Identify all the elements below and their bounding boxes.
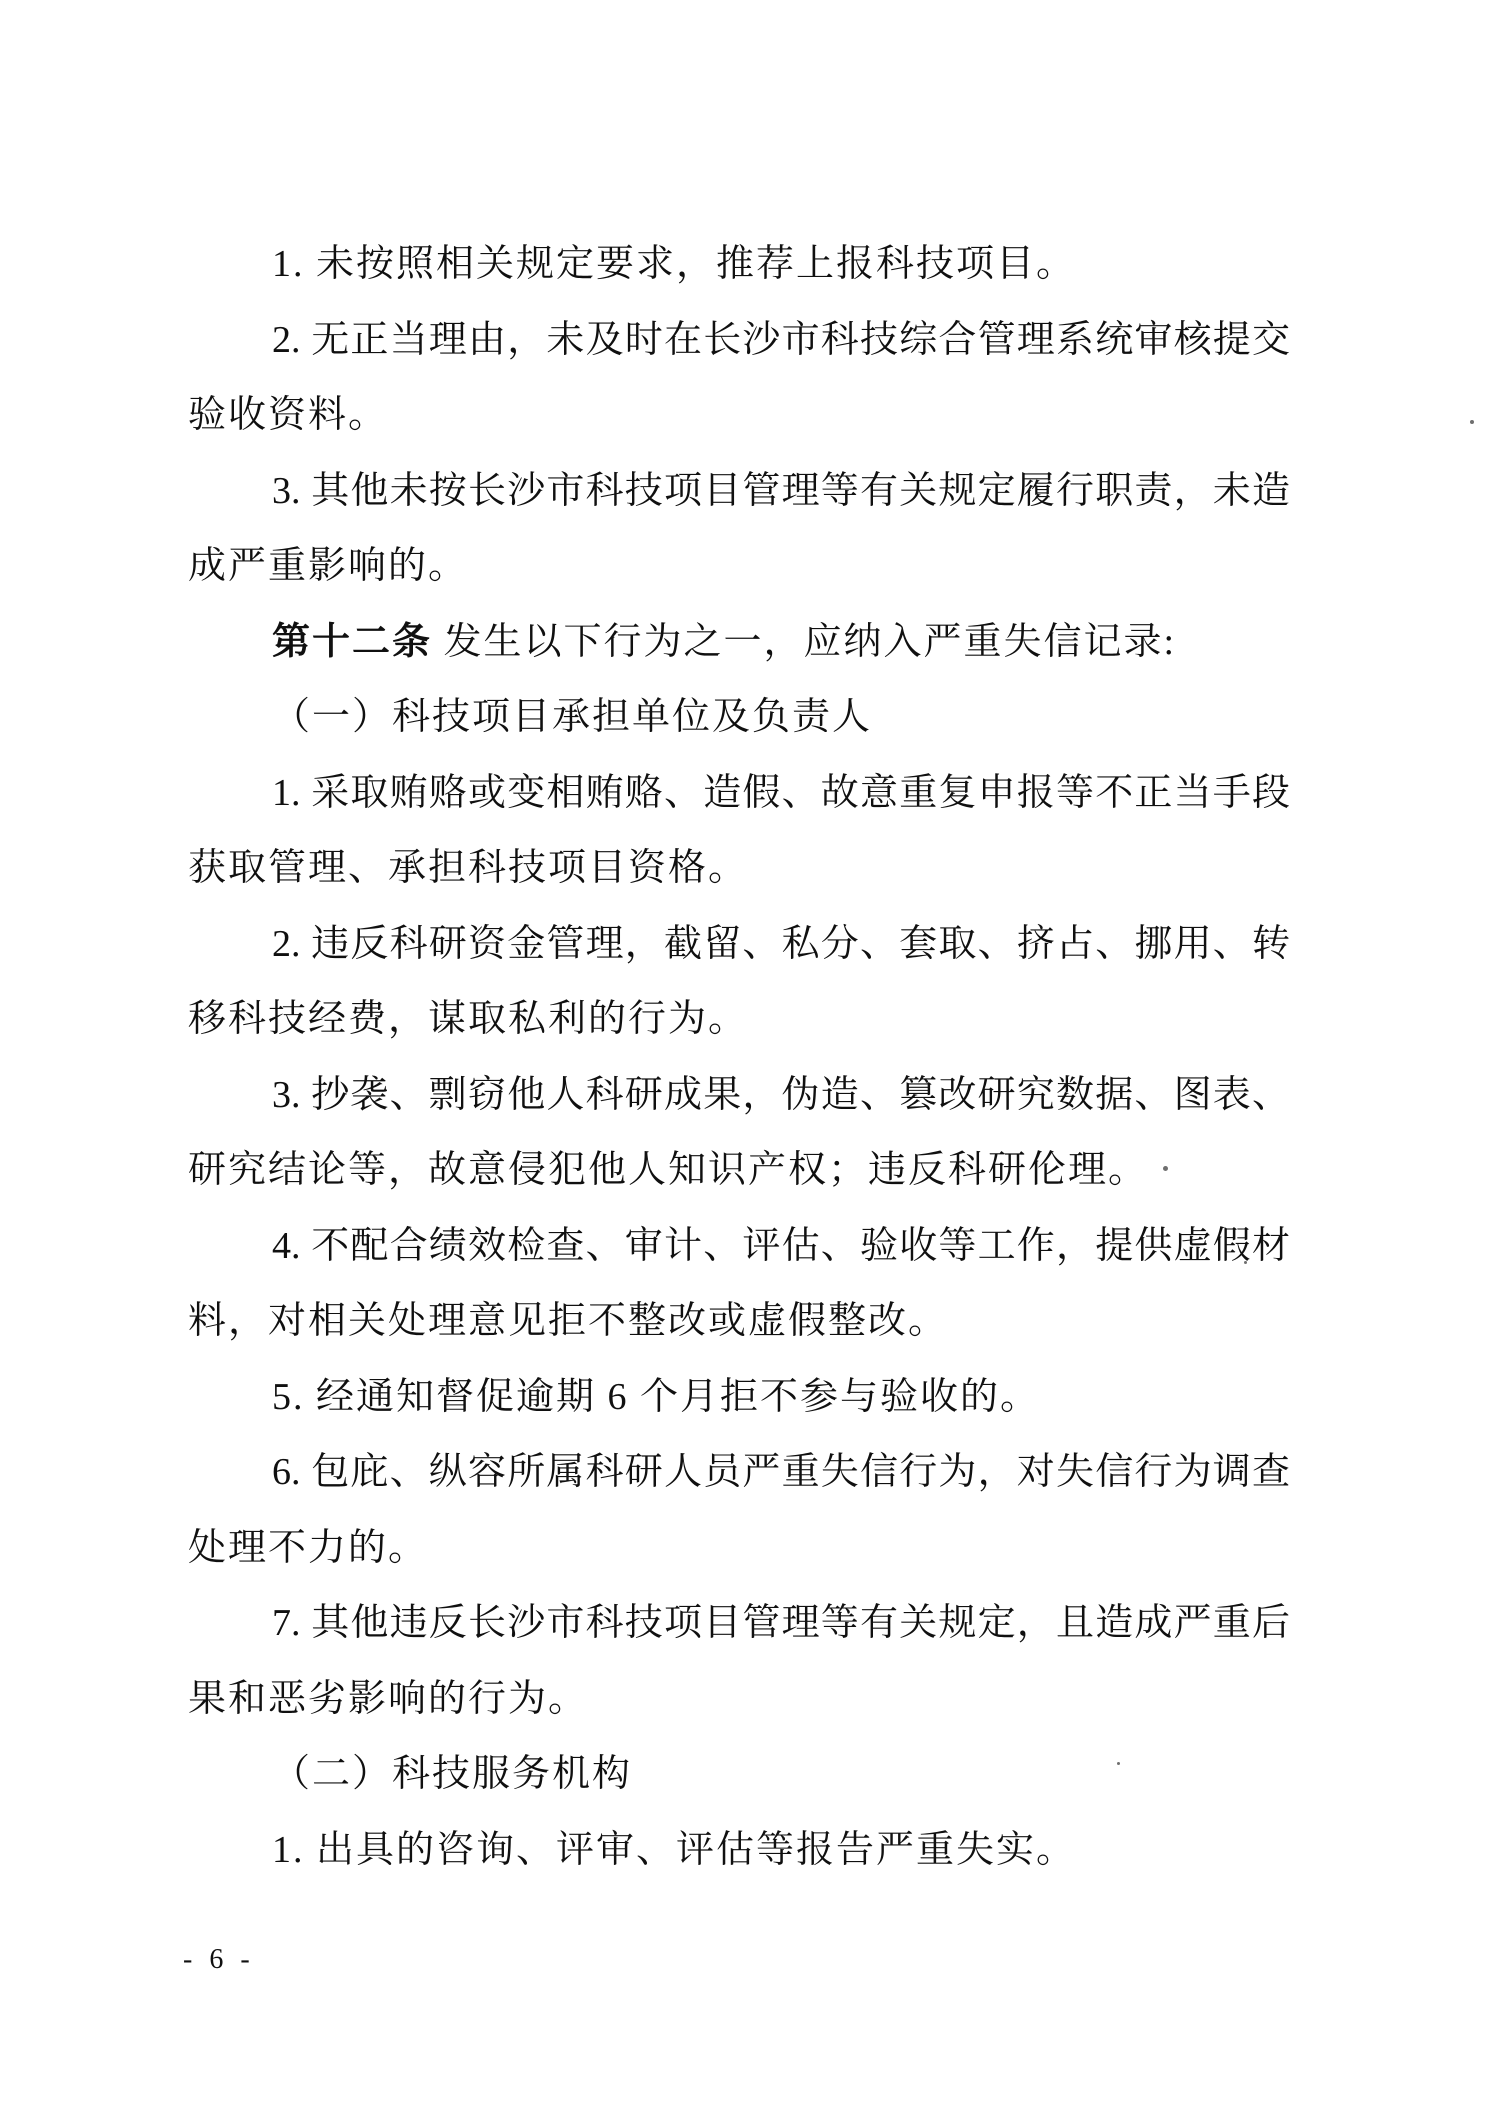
text-line: 6. 包庇、纵容所属科研人员严重失信行为，对失信行为调查 (188, 1435, 1290, 1511)
text-line-content: 发生以下行为之一，应纳入严重失信记录: (432, 621, 1176, 663)
text-line: 1. 未按照相关规定要求，推荐上报科技项目。 (188, 227, 1290, 303)
text-line: 3. 抄袭、剽窃他人科研成果，伪造、篡改研究数据、图表、 (188, 1058, 1290, 1134)
text-line: 5. 经通知督促逾期 6 个月拒不参与验收的。 (188, 1360, 1290, 1436)
document-page: 1. 未按照相关规定要求，推荐上报科技项目。2. 无正当理由，未及时在长沙市科技… (0, 0, 1490, 2104)
text-line: 料，对相关处理意见拒不整改或虚假整改。 (188, 1284, 1290, 1360)
scan-artifact (1470, 420, 1474, 424)
text-line: 2. 违反科研资金管理，截留、私分、套取、挤占、挪用、转 (188, 907, 1290, 983)
text-line: 果和恶劣影响的行为。 (188, 1662, 1290, 1738)
text-line: 1. 采取贿赂或变相贿赂、造假、故意重复申报等不正当手段 (188, 756, 1290, 832)
document-body: 1. 未按照相关规定要求，推荐上报科技项目。2. 无正当理由，未及时在长沙市科技… (188, 227, 1290, 1888)
text-line: 获取管理、承担科技项目资格。 (188, 831, 1290, 907)
scan-artifact (1163, 1166, 1168, 1171)
text-line: 第十二条 发生以下行为之一，应纳入严重失信记录: (188, 605, 1290, 681)
scan-artifact (1244, 1261, 1247, 1264)
text-line: 7. 其他违反长沙市科技项目管理等有关规定，且造成严重后 (188, 1586, 1290, 1662)
text-line: （一）科技项目承担单位及负责人 (188, 680, 1290, 756)
text-line: 2. 无正当理由，未及时在长沙市科技综合管理系统审核提交 (188, 303, 1290, 379)
text-line: 处理不力的。 (188, 1511, 1290, 1587)
text-line: 移科技经费，谋取私利的行为。 (188, 982, 1290, 1058)
text-line: 验收资料。 (188, 378, 1290, 454)
article-number: 第十二条 (272, 621, 432, 663)
text-line: 研究结论等，故意侵犯他人知识产权；违反科研伦理。 (188, 1133, 1290, 1209)
scan-artifact (1117, 1762, 1120, 1765)
text-line: 4. 不配合绩效检查、审计、评估、验收等工作，提供虚假材 (188, 1209, 1290, 1285)
page-number: - 6 - (183, 1944, 255, 1976)
text-line: （二）科技服务机构 (188, 1737, 1290, 1813)
text-line: 成严重影响的。 (188, 529, 1290, 605)
text-line: 1. 出具的咨询、评审、评估等报告严重失实。 (188, 1813, 1290, 1889)
text-line: 3. 其他未按长沙市科技项目管理等有关规定履行职责，未造 (188, 454, 1290, 530)
